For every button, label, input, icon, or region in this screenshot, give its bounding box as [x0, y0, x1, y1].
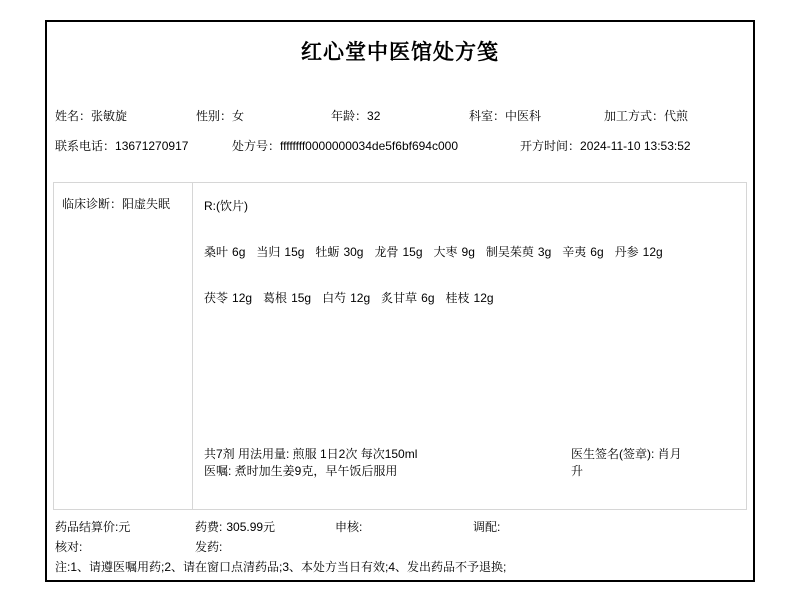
age-value: 32: [367, 109, 380, 123]
herb-item: 炙甘草6g: [381, 291, 434, 305]
rx-number-label: 处方号：: [232, 139, 280, 153]
diagnosis-value: 阳虚失眠: [122, 197, 170, 211]
fee-label: 药费:: [195, 520, 222, 534]
herb-name: 龙骨: [374, 245, 398, 259]
herb-name: 辛夷: [562, 245, 586, 259]
herb-dose: 12g: [350, 291, 370, 305]
herb-item: 桂枝12g: [446, 291, 494, 305]
herb-item: 白芍12g: [322, 291, 370, 305]
settle-price-unit: 元: [118, 520, 130, 534]
note-line: 注:1、请遵医嘱用药;2、请在窗口点清药品;3、本处方当日有效;4、发出药品不予…: [55, 560, 506, 574]
diagnosis-label: 临床诊断：: [62, 197, 122, 211]
check-field: 核对:: [55, 540, 82, 554]
dispense-label: 调配:: [473, 520, 500, 534]
herb-dose: 12g: [232, 291, 252, 305]
rx-number-field: 处方号：ffffffff0000000034de5f6bf694c000: [232, 139, 458, 153]
prescription-box: 临床诊断：阳虚失眠 R:(饮片) 桑叶6g当归15g牡蛎30g龙骨15g大枣9g…: [53, 182, 747, 510]
review-label: 申核:: [335, 520, 362, 534]
rx-header: R:(饮片): [204, 197, 248, 214]
phone-field: 联系电话：13671270917: [55, 139, 188, 153]
herb-dose: 6g: [232, 245, 245, 259]
usage-line: 共7剂 用法用量: 煎服 1日2次 每次150ml: [204, 446, 417, 463]
herb-line: 桑叶6g当归15g牡蛎30g龙骨15g大枣9g制吴茱萸3g辛夷6g丹参12g: [204, 245, 734, 259]
herb-item: 丹参12g: [615, 245, 663, 259]
herb-lines: 桑叶6g当归15g牡蛎30g龙骨15g大枣9g制吴茱萸3g辛夷6g丹参12g茯苓…: [204, 245, 734, 305]
herb-dose: 6g: [421, 291, 434, 305]
herb-item: 桑叶6g: [204, 245, 245, 259]
herb-dose: 15g: [284, 245, 304, 259]
herb-name: 桑叶: [204, 245, 228, 259]
herb-item: 大枣9g: [434, 245, 475, 259]
herb-name: 当归: [256, 245, 280, 259]
gender-label: 性别：: [196, 109, 232, 123]
page-title: 红心堂中医馆处方笺: [0, 36, 800, 66]
issue-label: 发药:: [195, 540, 222, 554]
herb-name: 制吴茱萸: [486, 245, 534, 259]
department-field: 科室：中医科: [469, 109, 541, 123]
review-field: 申核:: [335, 520, 362, 534]
herb-item: 牡蛎30g: [315, 245, 363, 259]
phone-value: 13671270917: [115, 139, 188, 153]
herb-name: 桂枝: [446, 291, 470, 305]
herb-dose: 9g: [462, 245, 475, 259]
herb-name: 丹参: [615, 245, 639, 259]
issue-time-value: 2024-11-10 13:53:52: [580, 139, 691, 153]
doctor-signature-label: 医生签名(签章):: [571, 447, 654, 461]
herb-dose: 15g: [291, 291, 311, 305]
fee-value: 305.99元: [226, 520, 275, 534]
processing-method-field: 加工方式：代煎: [604, 109, 688, 123]
herb-dose: 30g: [343, 245, 363, 259]
herb-item: 龙骨15g: [374, 245, 422, 259]
herb-item: 辛夷6g: [562, 245, 603, 259]
issue-field: 发药:: [195, 540, 222, 554]
herb-name: 牡蛎: [315, 245, 339, 259]
age-field: 年龄：32: [331, 109, 380, 123]
issue-time-label: 开方时间：: [520, 139, 580, 153]
herb-line: 茯苓12g葛根15g白芍12g炙甘草6g桂枝12g: [204, 291, 734, 305]
department-value: 中医科: [505, 109, 541, 123]
gender-value: 女: [232, 109, 244, 123]
issue-time-field: 开方时间：2024-11-10 13:53:52: [520, 139, 691, 153]
settle-price-field: 药品结算价:元: [55, 520, 130, 534]
fee-field: 药费:305.99元: [195, 520, 275, 534]
herb-name: 白芍: [322, 291, 346, 305]
herb-name: 茯苓: [204, 291, 228, 305]
dispense-field: 调配:: [473, 520, 500, 534]
rx-number-value: ffffffff0000000034de5f6bf694c000: [280, 139, 458, 153]
herb-dose: 12g: [643, 245, 663, 259]
usage-block: 共7剂 用法用量: 煎服 1日2次 每次150ml 医嘱: 煮时加生姜9克，早午…: [204, 446, 417, 480]
phone-label: 联系电话：: [55, 139, 115, 153]
processing-method-value: 代煎: [664, 109, 688, 123]
herb-name: 大枣: [434, 245, 458, 259]
herb-dose: 12g: [474, 291, 494, 305]
patient-name-label: 姓名：: [55, 109, 91, 123]
patient-name-field: 姓名：张敏旋: [55, 109, 127, 123]
herb-item: 当归15g: [256, 245, 304, 259]
doctor-advice-line: 医嘱: 煮时加生姜9克，早午饭后服用: [204, 463, 417, 480]
herb-dose: 15g: [402, 245, 422, 259]
herb-item: 制吴茱萸3g: [486, 245, 551, 259]
prescription-page: 红心堂中医馆处方笺 姓名：张敏旋 性别：女 年龄：32 科室：中医科 加工方式：…: [0, 0, 800, 600]
herb-dose: 6g: [590, 245, 603, 259]
settle-price-label: 药品结算价:: [55, 520, 118, 534]
herb-item: 葛根15g: [263, 291, 311, 305]
herb-name: 葛根: [263, 291, 287, 305]
clinical-diagnosis-cell: 临床诊断：阳虚失眠: [54, 183, 193, 509]
age-label: 年龄：: [331, 109, 367, 123]
doctor-signature: 医生签名(签章): 肖月升: [571, 446, 691, 480]
herb-item: 茯苓12g: [204, 291, 252, 305]
herb-name: 炙甘草: [381, 291, 417, 305]
processing-method-label: 加工方式：: [604, 109, 664, 123]
department-label: 科室：: [469, 109, 505, 123]
check-label: 核对:: [55, 540, 82, 554]
herb-dose: 3g: [538, 245, 551, 259]
patient-name-value: 张敏旋: [91, 109, 127, 123]
gender-field: 性别：女: [196, 109, 244, 123]
